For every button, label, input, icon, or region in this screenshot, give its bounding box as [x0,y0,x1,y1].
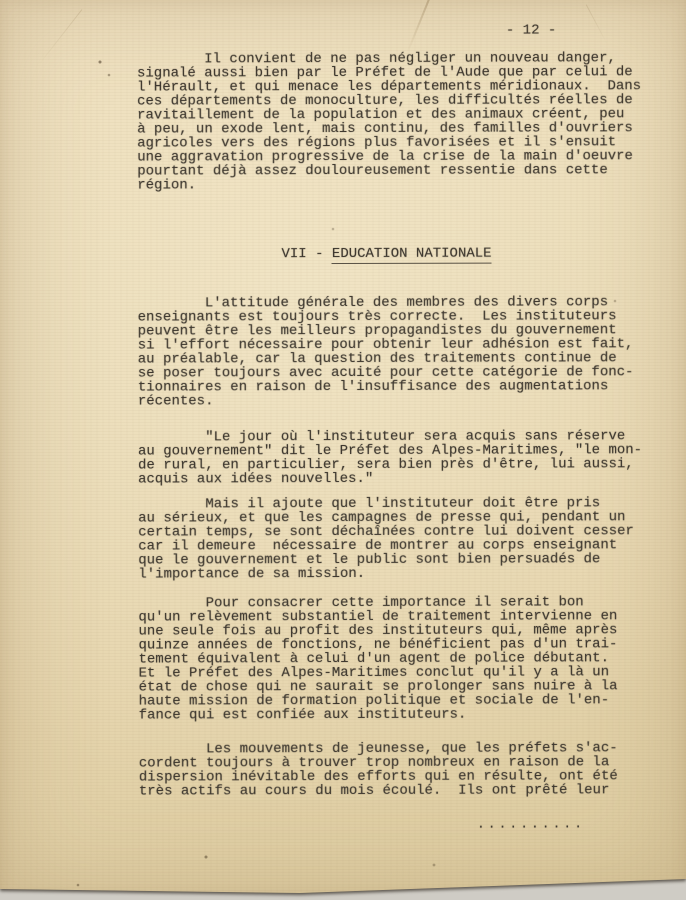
paper-sheet-wrap: - 12 - VII - EDUCATION NATIONALE Il conv… [0,0,686,900]
paper-vignette [0,0,686,900]
scanned-page: - 12 - VII - EDUCATION NATIONALE Il conv… [0,0,686,900]
paper-sheet: - 12 - VII - EDUCATION NATIONALE Il conv… [0,0,686,900]
